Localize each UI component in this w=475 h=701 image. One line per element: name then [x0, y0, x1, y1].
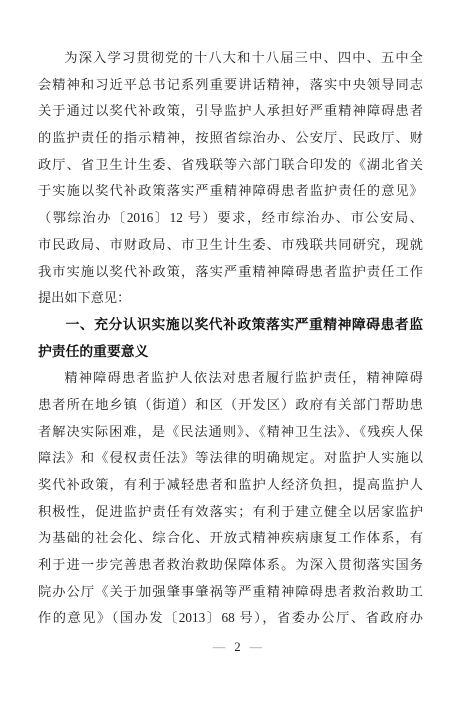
body-line: 奖代补政策，有利于减轻患者和监护人经济负担，提高监护人: [38, 472, 423, 499]
body-line: 利于进一步完善患者救治救助保障体系。为深入贯彻落实国务: [38, 552, 423, 579]
page-footer: —2—: [0, 638, 475, 656]
body-line: 提出如下意见：: [38, 285, 423, 312]
body-line: 于实施以奖代补政策落实严重精神障碍患者监护责任的意见》: [38, 178, 423, 205]
heading-line: 一、充分认识实施以奖代补政策落实严重精神障碍患者监: [38, 312, 423, 339]
body-line: 为基础的社会化、综合化、开放式精神疾病康复工作体系，有: [38, 525, 423, 552]
body-line: 的监护责任的指示精神，按照省综治办、公安厅、民政厅、财: [38, 125, 423, 152]
body-line: 院办公厅《关于加强肇事肇祸等严重精神障碍患者救治救助工: [38, 579, 423, 606]
body-line: 精神障碍患者监护人依法对患者履行监护责任，精神障碍: [38, 365, 423, 392]
body-line: 作的意见》（国办发〔2013〕68 号），省委办公厅、省政府办: [38, 605, 423, 632]
body-line: （鄂综治办〔2016〕12 号）要求，经市综治办、市公安局、: [38, 205, 423, 232]
body-line: 关于通过以奖代补政策，引导监护人承担好严重精神障碍患者: [38, 98, 423, 125]
document-body: 为深入学习贯彻党的十八大和十八届三中、四中、五中全会精神和习近平总书记系列重要讲…: [38, 45, 423, 632]
page-number: 2: [234, 640, 240, 654]
body-line: 为深入学习贯彻党的十八大和十八届三中、四中、五中全: [38, 45, 423, 72]
body-line: 积极性，促进监护责任有效落实；有利于建立健全以居家监护: [38, 499, 423, 526]
footer-dash-left: —: [213, 640, 226, 654]
body-line: 患者所在地乡镇（街道）和区（开发区）政府有关部门帮助患: [38, 392, 423, 419]
body-line: 障法》和《侵权责任法》等法律的明确规定。对监护人实施以: [38, 445, 423, 472]
body-line: 者解决实际困难，是《民法通则》、《精神卫生法》、《残疾人保: [38, 419, 423, 446]
heading-line: 护责任的重要意义: [38, 339, 423, 366]
body-line: 我市实施以奖代补政策，落实严重精神障碍患者监护责任工作: [38, 259, 423, 286]
body-line: 政厅、省卫生计生委、省残联等六部门联合印发的《湖北省关: [38, 152, 423, 179]
document-page: 为深入学习贯彻党的十八大和十八届三中、四中、五中全会精神和习近平总书记系列重要讲…: [0, 0, 475, 701]
body-line: 会精神和习近平总书记系列重要讲话精神，落实中央领导同志: [38, 72, 423, 99]
footer-dash-right: —: [250, 640, 263, 654]
body-line: 市民政局、市财政局、市卫生计生委、市残联共同研究，现就: [38, 232, 423, 259]
